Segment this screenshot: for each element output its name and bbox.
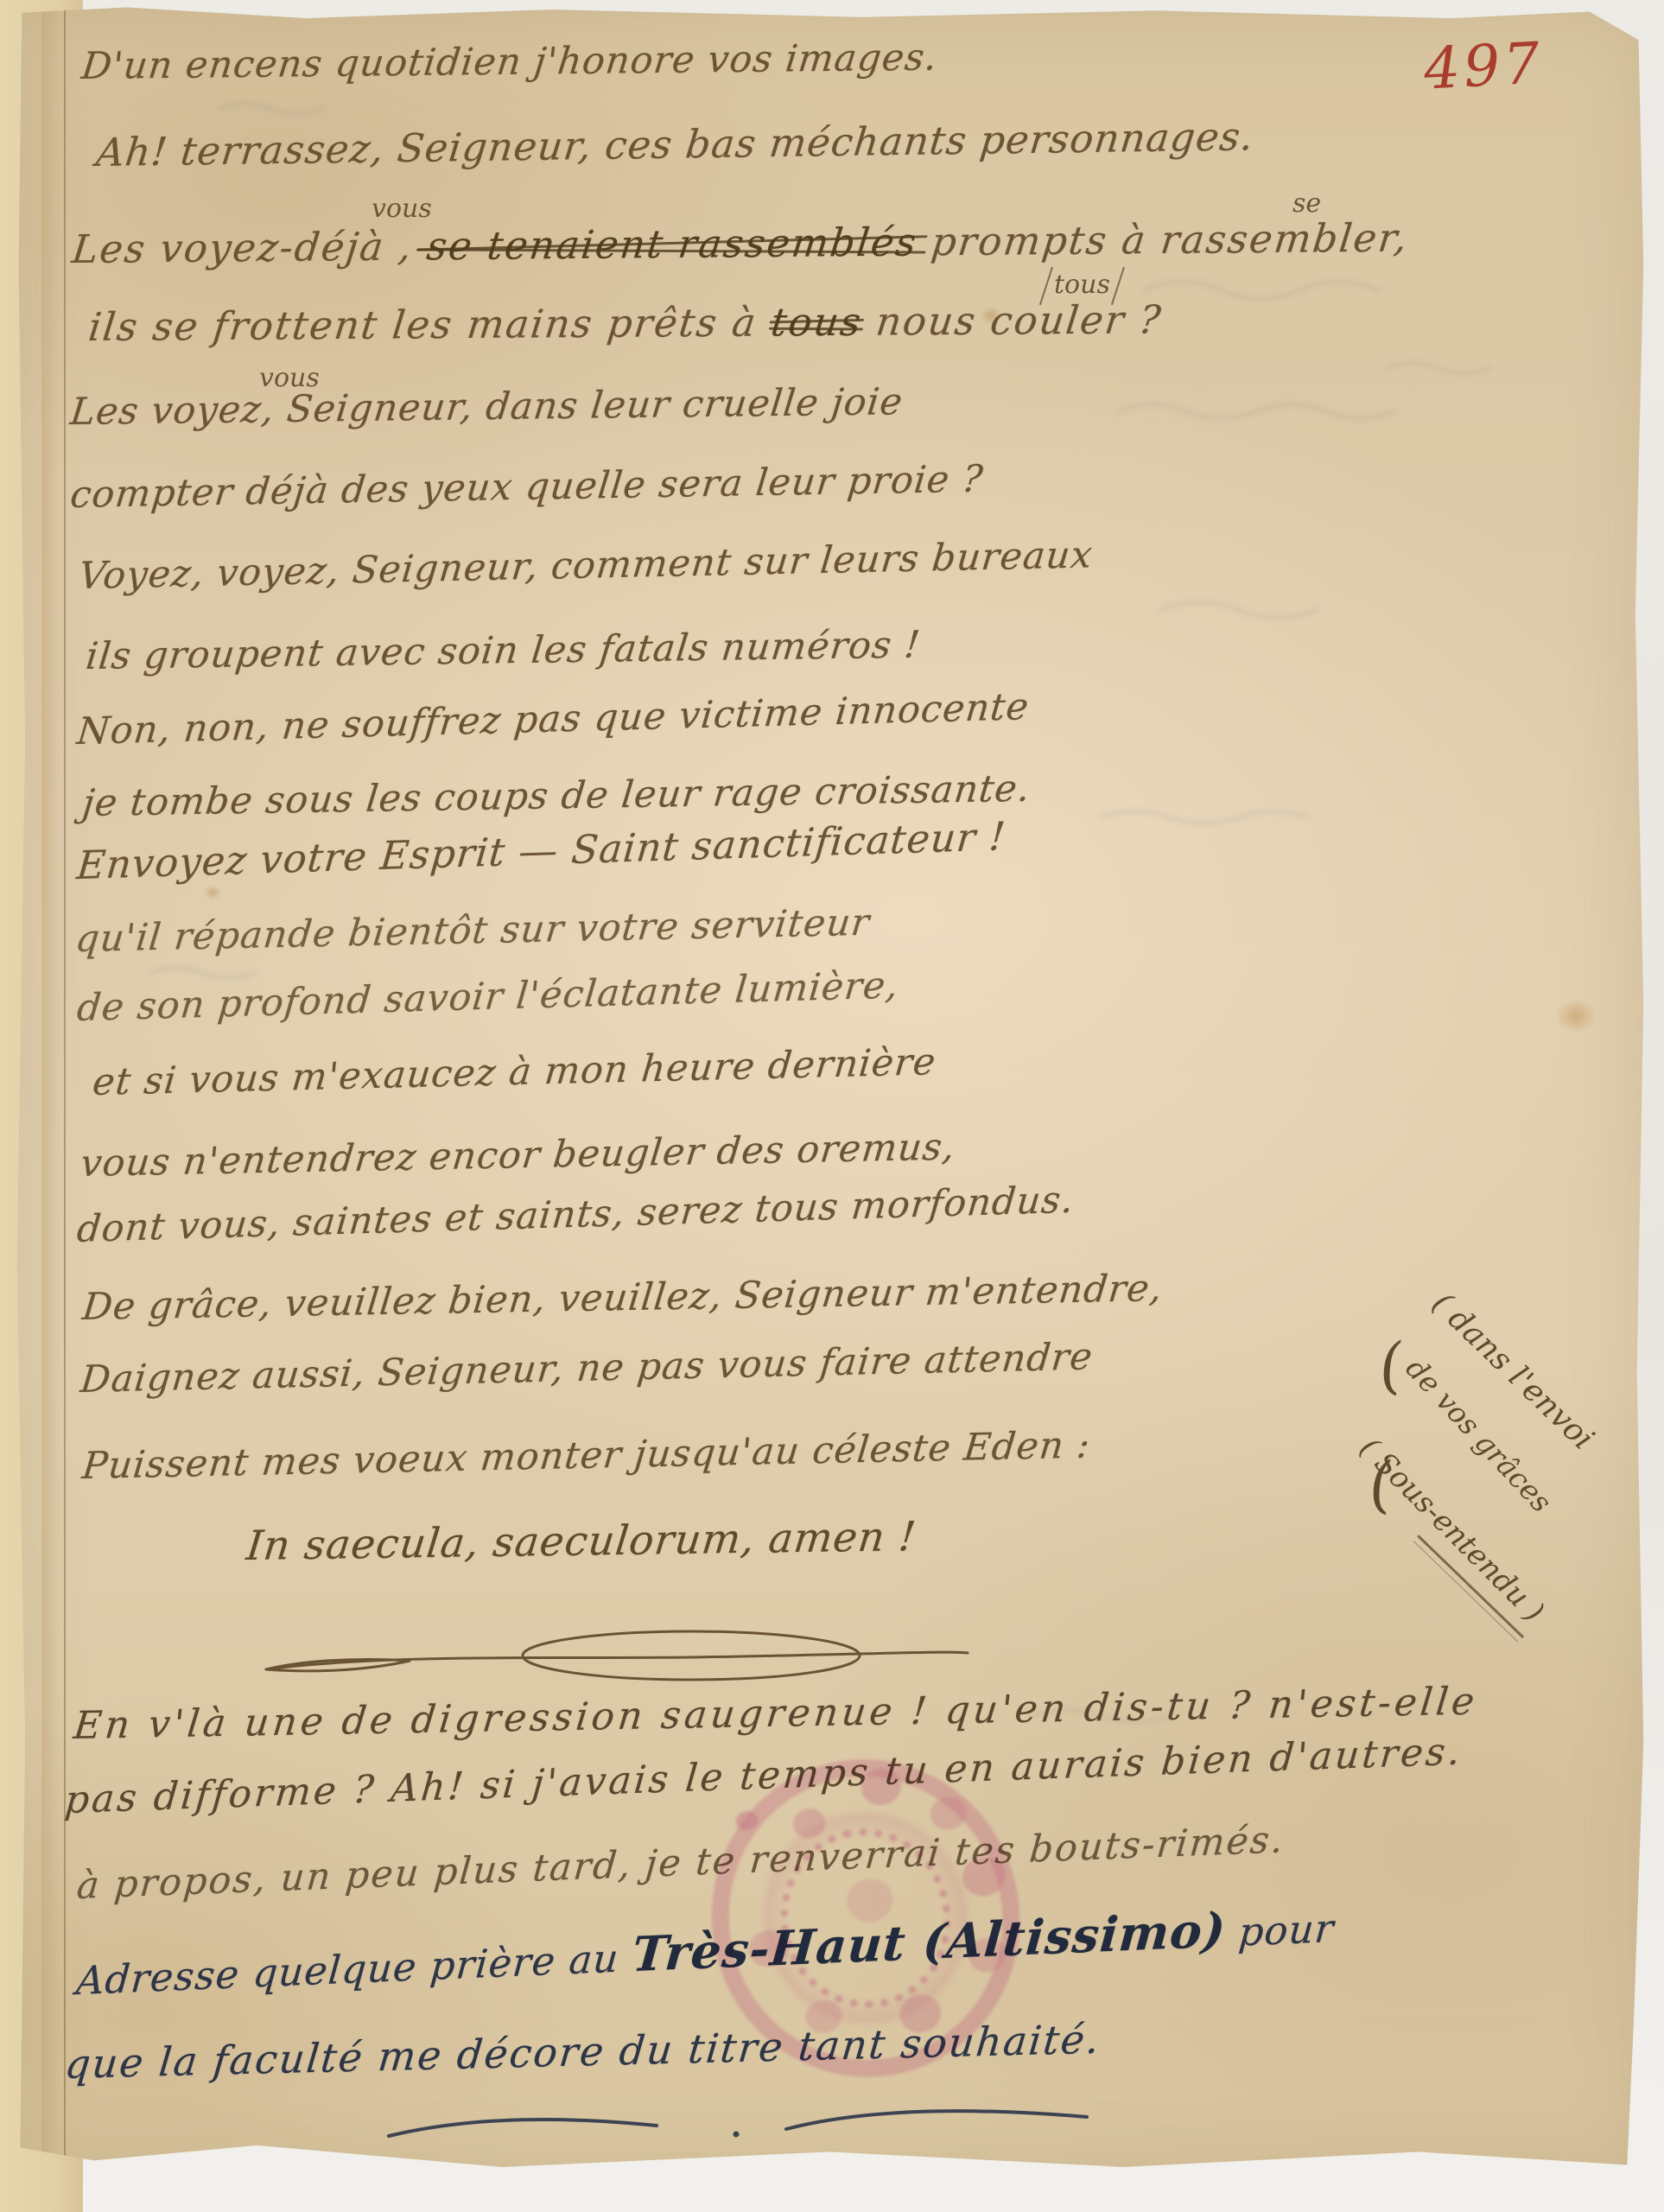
- manuscript-line-1: D'un encens quotidien j'honore vos image…: [81, 36, 937, 88]
- line-4-struck-text: tous: [769, 299, 865, 346]
- line-4-kept-text: ils se frottent les mains prêts à: [86, 299, 774, 350]
- line-3-struck-text: se tenaient rassemblés: [424, 219, 920, 269]
- line-3-kept-text: Les voyez-déjà ,: [70, 223, 430, 272]
- line-4-kept-text: nous couler ?: [860, 296, 1165, 344]
- inserted-word-tous: tous: [1045, 270, 1119, 300]
- folio-number: 497: [1422, 29, 1545, 102]
- foxing-spot: [204, 885, 221, 900]
- divider-flourish: [259, 1623, 976, 1692]
- line-24-text: pour: [1223, 1905, 1336, 1955]
- manuscript-scan: 497 D'un encens quotidien j'honore vos i…: [0, 0, 1664, 2212]
- inserted-word-se: se: [1292, 188, 1321, 219]
- manuscript-line-4: ils se frottent les mains prêts à tous n…: [89, 296, 1162, 350]
- inserted-word-vous: vous: [372, 194, 432, 224]
- foxing-spot: [1555, 999, 1597, 1033]
- margin-note: ( dans l'envoi de vos grâces ( Sous-ente…: [1374, 1262, 1664, 1642]
- library-stamp: [676, 1725, 1056, 2112]
- inserted-word-vous: vous: [259, 363, 320, 393]
- manuscript-line-20: In saecula, saeculorum, amen !: [246, 1513, 917, 1570]
- line-3-kept-text: prompts à rassembler,: [915, 214, 1411, 264]
